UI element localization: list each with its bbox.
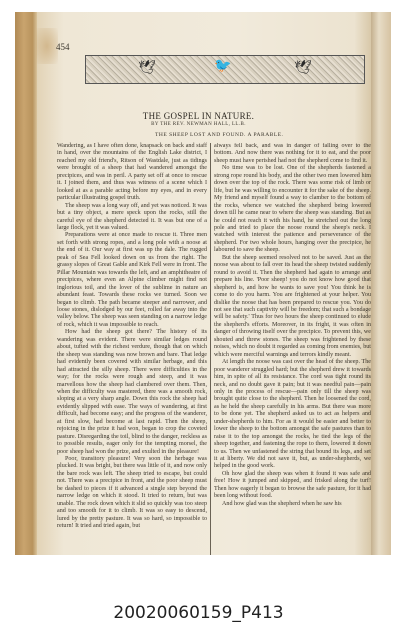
paragraph: But the sheep seemed resolved not to be … (214, 255, 371, 359)
paragraph: No time was to be lost. One of the sheph… (214, 165, 371, 254)
paragraph: Wandering, as I have often done, knapsac… (57, 143, 207, 203)
left-column: Wandering, as I have often done, knapsac… (57, 143, 207, 531)
bird-icon: 🐦 (214, 58, 231, 75)
page-number: 454 (56, 42, 70, 52)
paragraph: Poor, transitory pleasure! Very soon the… (57, 456, 207, 531)
article-title: THE GOSPEL IN NATURE. (0, 111, 397, 121)
paragraph: And how glad was the shepherd when he sa… (214, 501, 371, 508)
article-subtitle: THE SHEEP LOST AND FOUND. A PARABLE. (155, 132, 385, 138)
paragraph: The sheep was a long way off, and yet wa… (57, 203, 207, 233)
paragraph: always fell back, and was in danger of f… (214, 143, 371, 165)
decorative-bird-banner: 🕊 🐦 🕊 (85, 55, 365, 84)
right-column: always fell back, and was in danger of f… (214, 143, 371, 557)
article-byline: BY THE REV. NEWMAN HALL, LL.B. (0, 122, 397, 127)
page-fore-edge (371, 12, 391, 555)
paragraph: Oh how glad the sheep was when it found … (214, 471, 371, 501)
column-divider (210, 143, 211, 555)
book-spine (15, 12, 37, 555)
bird-icon: 🕊 (294, 60, 312, 77)
page-stain (36, 28, 58, 64)
paragraph: How had the sheep got there? The history… (57, 329, 207, 456)
paragraph: At length the noose was cast over the he… (214, 359, 371, 471)
bird-icon: 🕊 (138, 60, 156, 77)
image-caption: 20020060159_P413 (0, 603, 397, 623)
paragraph: Preparations were at once made to rescue… (57, 232, 207, 329)
